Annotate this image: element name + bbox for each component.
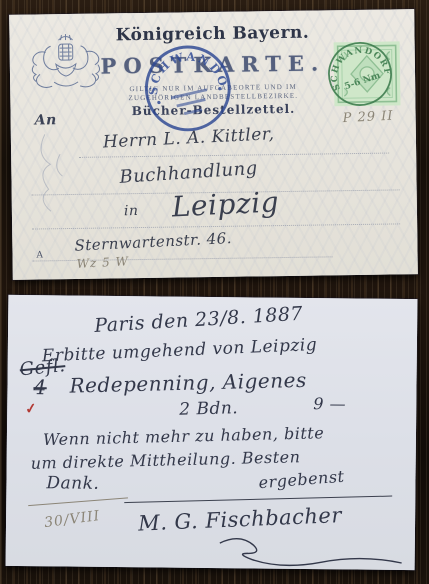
- address-city: Leipzig: [171, 185, 280, 223]
- plate-letter: A: [36, 250, 43, 260]
- message-line-6: um direkte Mittheilung. Besten: [31, 447, 301, 473]
- signature-flourish-icon: [216, 533, 406, 570]
- pencil-watermark-note: Wz 5 W: [76, 254, 129, 271]
- pencil-stroke: [28, 497, 128, 506]
- an-label: An: [35, 112, 57, 128]
- address-street: Sternwartenstr. 46.: [74, 229, 232, 255]
- signature-underline: [124, 496, 392, 504]
- address-rule-1: [79, 153, 389, 158]
- address-line-2: Buchhandlung: [119, 158, 258, 188]
- signature-name: M. G. Fischbacher: [138, 503, 343, 536]
- pencil-date-note: 30/VIII: [43, 508, 101, 531]
- message-line-4a: 2 Bdn.: [179, 398, 238, 419]
- message-line-2: Erbitte umgehend von Leipzig: [42, 335, 318, 367]
- message-dateline: Paris den 23/8. 1887: [94, 303, 304, 337]
- red-checkmark-icon: ✓: [24, 400, 38, 417]
- message-line-5: Wenn nicht mehr zu haben, bitte: [43, 423, 325, 449]
- pencil-catalog-note: P 29 II: [342, 109, 394, 126]
- message-line-7: Dank.: [46, 473, 99, 494]
- struck-quantity: 4: [33, 375, 46, 399]
- stamp: SCHWANDORF 5-6 Nm: [319, 31, 408, 122]
- address-line-3-prefix: in: [124, 203, 139, 219]
- address-line-1: Herrn L. A. Kittler,: [103, 124, 275, 152]
- message-line-4b: 9 —: [313, 394, 346, 413]
- message-line-3: Redepenning, Aigenes: [69, 368, 307, 398]
- offset-ink-marks-icon: [25, 124, 97, 239]
- postcard-front: Königreich Bayern. POSTKARTE. GILTIG NUR…: [9, 9, 418, 280]
- signature-closing: ergebenst: [258, 467, 345, 493]
- postcard-back: Paris den 23/8. 1887 Erbitte umgehend vo…: [6, 295, 418, 570]
- photo-of-postcards: { "scene": { "description": "Photograph …: [0, 0, 429, 584]
